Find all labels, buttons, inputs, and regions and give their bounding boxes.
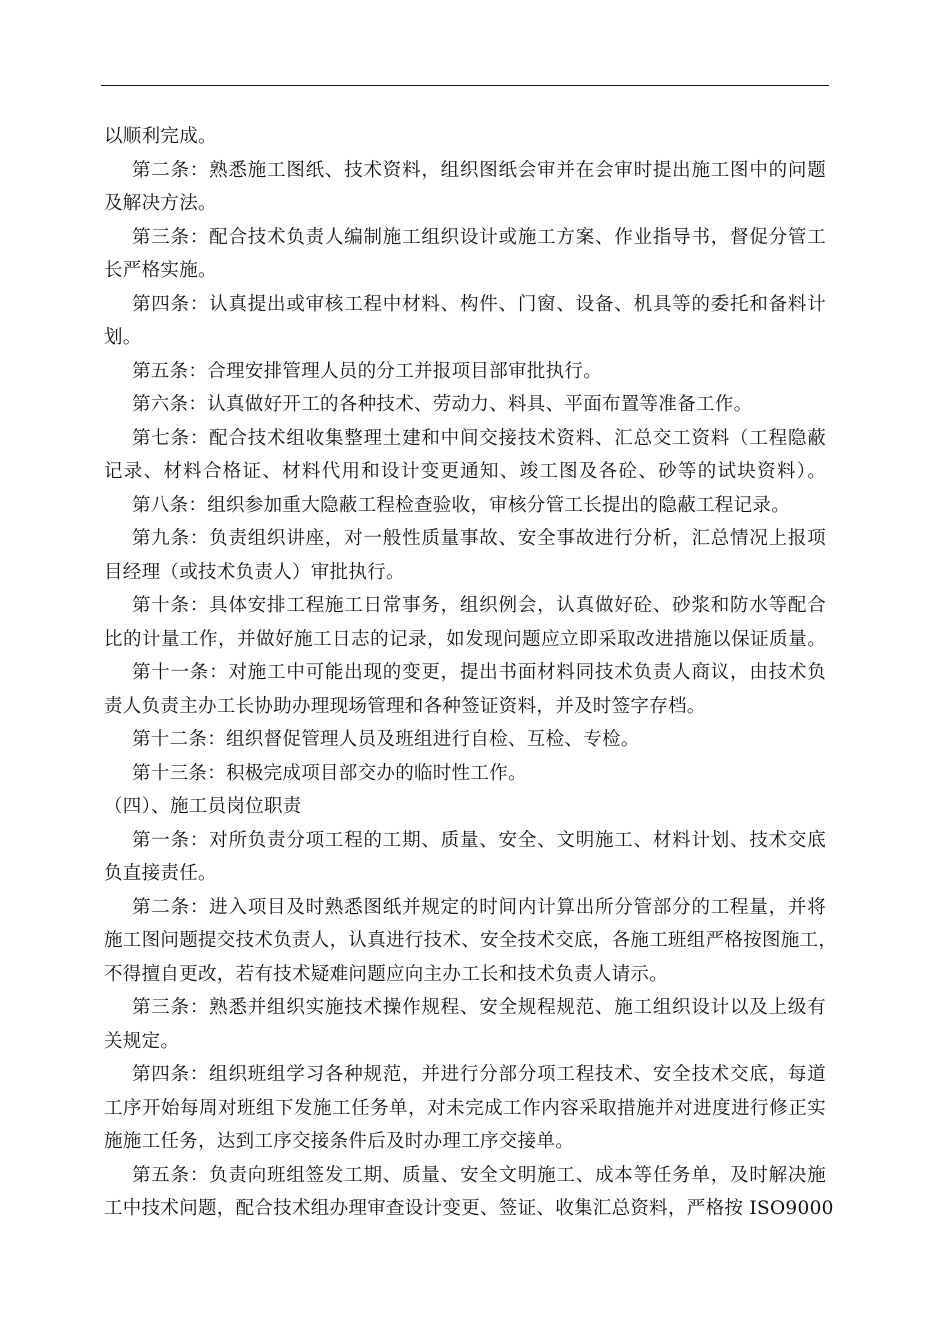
text-line: 第十二条：组织督促管理人员及班组进行自检、互检、专检。 [104, 723, 826, 757]
text-line: 不得擅自更改，若有技术疑难问题应向主办工长和技术负责人请示。 [104, 958, 826, 992]
text-line: 第七条：配合技术组收集整理土建和中间交接技术资料、汇总交工资料（工程隐蔽 [104, 422, 826, 456]
text-line: 施施工任务，达到工序交接条件后及时办理工序交接单。 [104, 1125, 826, 1159]
text-line: 第六条：认真做好开工的各种技术、劳动力、料具、平面布置等准备工作。 [104, 388, 826, 422]
text-line: 工序开始每周对班组下发施工任务单，对未完成工作内容采取措施并对进度进行修正实 [104, 1092, 826, 1126]
text-line: 第十一条：对施工中可能出现的变更，提出书面材料同技术负责人商议，由技术负 [104, 656, 826, 690]
text-line: 关规定。 [104, 1025, 826, 1059]
text-line: 长严格实施。 [104, 254, 826, 288]
text-line: 工中技术问题，配合技术组办理审查设计变更、签证、收集汇总资料，严格按 ISO90… [104, 1192, 826, 1226]
text-line: 目经理（或技术负责人）审批执行。 [104, 556, 826, 590]
text-line: 第一条：对所负责分项工程的工期、质量、安全、文明施工、材料计划、技术交底 [104, 824, 826, 858]
text-line: 第三条：配合技术负责人编制施工组织设计或施工方案、作业指导书，督促分管工 [104, 221, 826, 255]
text-line: 责人负责主办工长协助办理现场管理和各种签证资料，并及时签字存档。 [104, 690, 826, 724]
text-line: 第二条：进入项目及时熟悉图纸并规定的时间内计算出所分管部分的工程量，并将 [104, 891, 826, 925]
text-line: 记录、材料合格证、材料代用和设计变更通知、竣工图及各砼、砂等的试块资料）。 [104, 455, 826, 489]
text-line: 划。 [104, 321, 826, 355]
text-line: 第八条：组织参加重大隐蔽工程检查验收，审核分管工长提出的隐蔽工程记录。 [104, 489, 826, 523]
text-line: 以顺利完成。 [104, 120, 826, 154]
text-line: 施工图问题提交技术负责人，认真进行技术、安全技术交底，各施工班组严格按图施工， [104, 924, 826, 958]
text-line: 第二条：熟悉施工图纸、技术资料，组织图纸会审并在会审时提出施工图中的问题 [104, 154, 826, 188]
text-line: 第三条：熟悉并组织实施技术操作规程、安全规程规范、施工组织设计以及上级有 [104, 991, 826, 1025]
text-line: （四）、施工员岗位职责 [104, 790, 826, 824]
text-line: 及解决方法。 [104, 187, 826, 221]
document-body: 以顺利完成。第二条：熟悉施工图纸、技术资料，组织图纸会审并在会审时提出施工图中的… [104, 120, 826, 1226]
text-line: 负直接责任。 [104, 857, 826, 891]
header-rule [101, 85, 829, 86]
text-line: 第四条：组织班组学习各种规范，并进行分部分项工程技术、安全技术交底，每道 [104, 1058, 826, 1092]
text-line: 第四条：认真提出或审核工程中材料、构件、门窗、设备、机具等的委托和备料计 [104, 288, 826, 322]
text-line: 第五条：负责向班组签发工期、质量、安全文明施工、成本等任务单，及时解决施 [104, 1159, 826, 1193]
text-line: 第十条：具体安排工程施工日常事务，组织例会，认真做好砼、砂浆和防水等配合 [104, 589, 826, 623]
text-line: 第九条：负责组织讲座，对一般性质量事故、安全事故进行分析，汇总情况上报项 [104, 522, 826, 556]
text-line: 第十三条：积极完成项目部交办的临时性工作。 [104, 757, 826, 791]
text-line: 第五条：合理安排管理人员的分工并报项目部审批执行。 [104, 355, 826, 389]
text-line: 比的计量工作，并做好施工日志的记录，如发现问题应立即采取改进措施以保证质量。 [104, 623, 826, 657]
